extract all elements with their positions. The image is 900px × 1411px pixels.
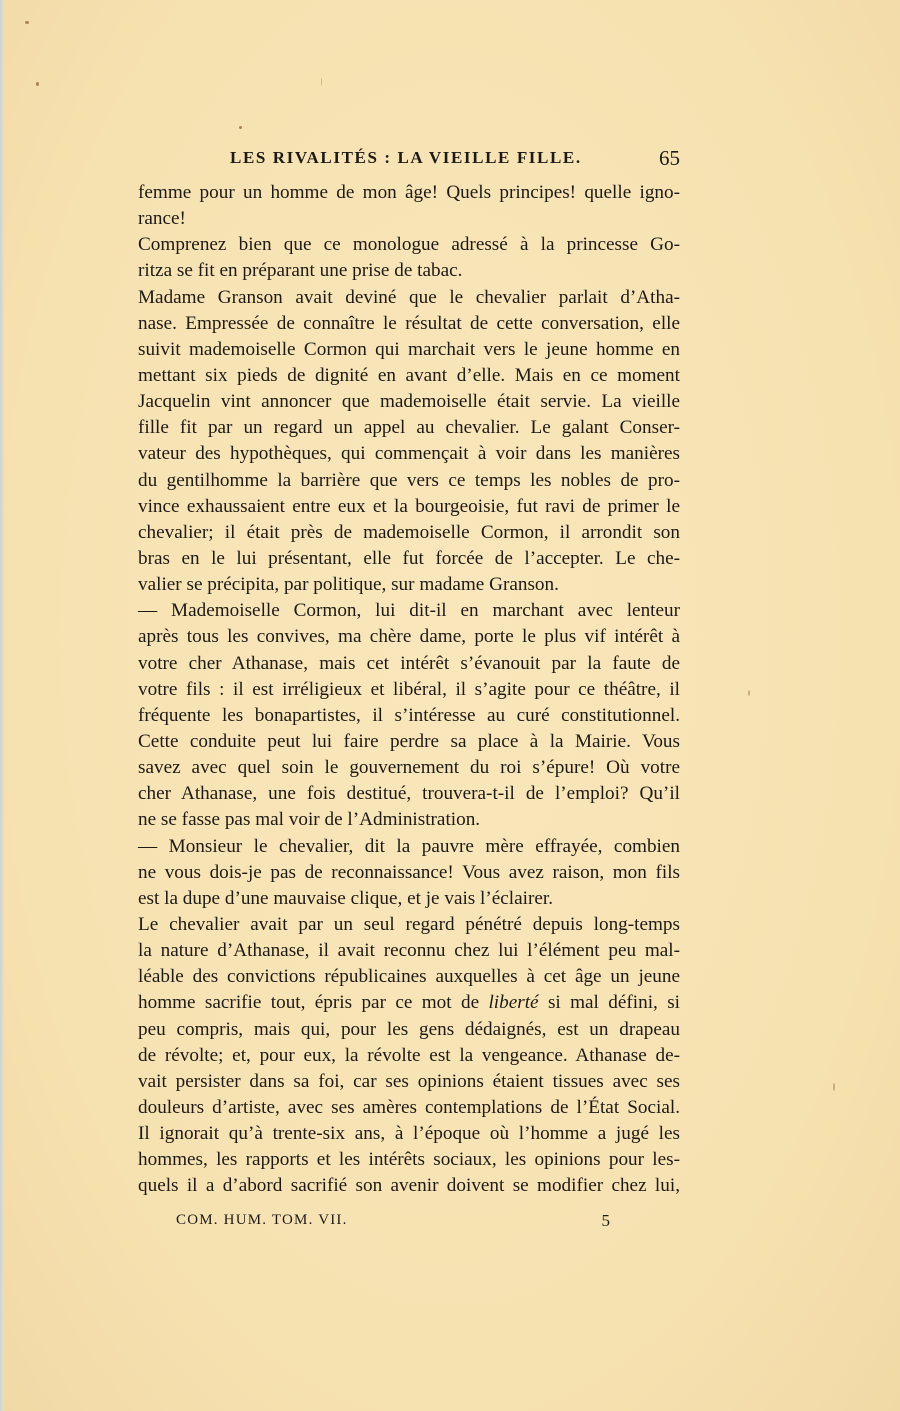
- text-line: votre cher Athanase, mais cet intérêt s’…: [138, 651, 680, 677]
- text-line: ritza se fit en préparant une prise de t…: [138, 258, 680, 284]
- running-head: LES RIVALITÉS : LA VIEILLE FILLE. 65: [138, 148, 680, 174]
- text-line: vait persister dans sa foi, car ses opin…: [138, 1069, 680, 1095]
- page-edge-shadow: [0, 0, 4, 1411]
- page-number: 65: [659, 146, 680, 171]
- book-page: LES RIVALITÉS : LA VIEILLE FILLE. 65 fem…: [0, 0, 900, 1411]
- text-line: savez avec quel soin le gouvernement du …: [138, 755, 680, 781]
- text-line: Le chevalier avait par un seul regard pé…: [138, 912, 680, 938]
- paper-speck: [36, 82, 39, 86]
- text-line: bras en le lui présentant, elle fut forc…: [138, 546, 680, 572]
- text-line: du gentilhomme la barrière que vers ce t…: [138, 468, 680, 494]
- paper-speck: [321, 78, 322, 86]
- text-line: ne vous dois-je pas de reconnaissance! V…: [138, 860, 680, 886]
- paper-speck: [25, 21, 29, 24]
- text-line: est la dupe d’une mauvaise clique, et je…: [138, 886, 680, 912]
- text-line: valier se précipita, par politique, sur …: [138, 572, 680, 598]
- text-line: Cette conduite peut lui faire perdre sa …: [138, 729, 680, 755]
- text-line: vince exhaussaient entre eux et la bourg…: [138, 494, 680, 520]
- text-line: Jacquelin vint annoncer que mademoiselle…: [138, 389, 680, 415]
- text-line: homme sacrifie tout, épris par ce mot de…: [138, 990, 680, 1016]
- text-line: femme pour un homme de mon âge! Quels pr…: [138, 180, 680, 206]
- text-line: la nature d’Athanase, il avait reconnu c…: [138, 938, 680, 964]
- text-line: mettant six pieds de dignité en avant d’…: [138, 363, 680, 389]
- text-line: chevalier; il était près de mademoiselle…: [138, 520, 680, 546]
- italic-word: liberté: [488, 992, 538, 1013]
- text-line: vateur des hypothèques, qui commençait à…: [138, 441, 680, 467]
- text-line: votre fils : il est irréligieux et libér…: [138, 677, 680, 703]
- text-line: fille fit par un regard un appel au chev…: [138, 415, 680, 441]
- signature-line: COM. HUM. TOM. VII.: [176, 1212, 348, 1229]
- text-line: rance!: [138, 206, 680, 232]
- text-line: peu compris, mais qui, pour les gens déd…: [138, 1017, 680, 1043]
- text-line: cher Athanase, une fois destitué, trouve…: [138, 781, 680, 807]
- text-line: nase. Empressée de connaître le résultat…: [138, 311, 680, 337]
- paper-speck: [748, 690, 750, 696]
- text-line: après tous les convives, ma chère dame, …: [138, 624, 680, 650]
- paper-speck: [833, 1083, 835, 1091]
- text-line: ne se fasse pas mal voir de l’Administra…: [138, 807, 680, 833]
- footer: COM. HUM. TOM. VII. 5: [138, 1212, 680, 1236]
- text-line: suivit mademoiselle Cormon qui marchait …: [138, 337, 680, 363]
- body-text: femme pour un homme de mon âge! Quels pr…: [138, 180, 680, 1199]
- text-line: fréquente les bonapartistes, il s’intére…: [138, 703, 680, 729]
- signature-mark: 5: [602, 1211, 611, 1231]
- text-line: Comprenez bien que ce monologue adressé …: [138, 232, 680, 258]
- paper-speck: [239, 126, 242, 129]
- text-line: de révolte; et, pour eux, la révolte est…: [138, 1043, 680, 1069]
- text-line: — Mademoiselle Cormon, lui dit-il en mar…: [138, 598, 680, 624]
- running-title: LES RIVALITÉS : LA VIEILLE FILLE.: [230, 148, 582, 168]
- text-line: quels il a d’abord sacrifié son avenir d…: [138, 1173, 680, 1199]
- text-line: léable des convictions républicaines aux…: [138, 964, 680, 990]
- text-line: Madame Granson avait deviné que le cheva…: [138, 285, 680, 311]
- text-line: Il ignorait qu’à trente-six ans, à l’épo…: [138, 1121, 680, 1147]
- text-line: hommes, les rapports et les intérêts soc…: [138, 1147, 680, 1173]
- text-line: — Monsieur le chevalier, dit la pauvre m…: [138, 834, 680, 860]
- text-line: douleurs d’artiste, avec ses amères cont…: [138, 1095, 680, 1121]
